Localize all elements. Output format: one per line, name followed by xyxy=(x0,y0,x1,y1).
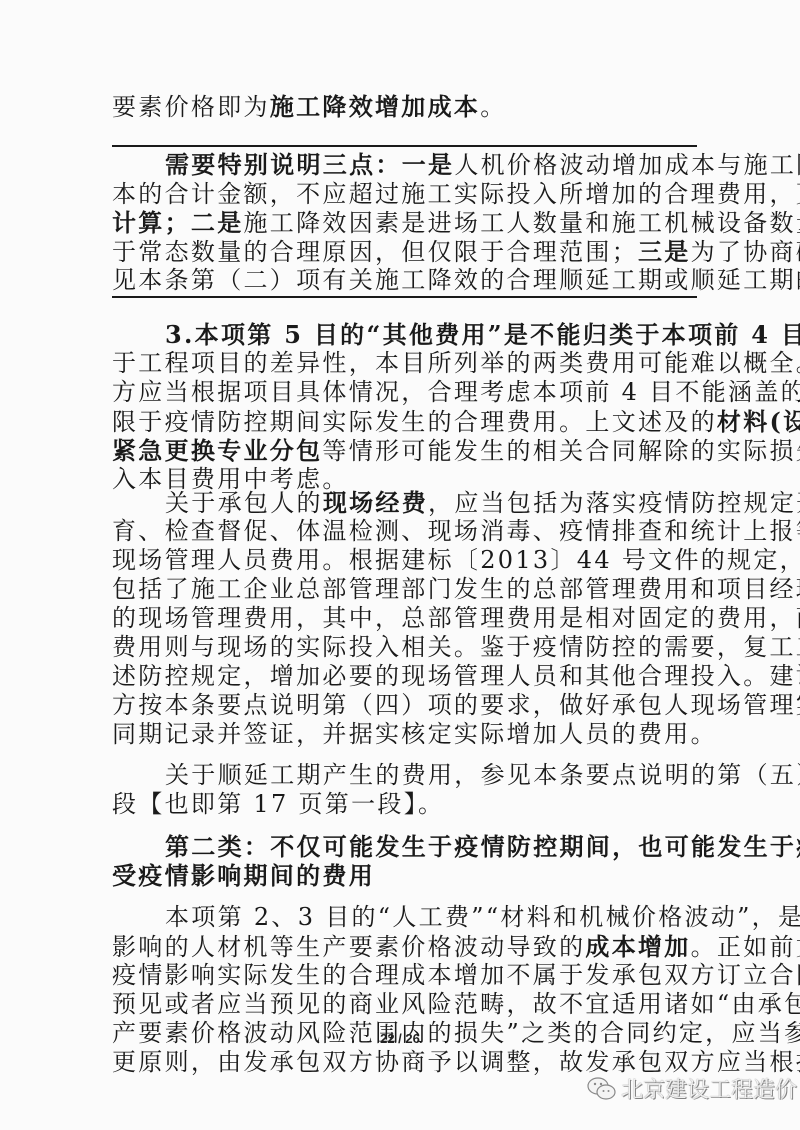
paragraph-line: 方按本条要点说明第（四）项的要求，做好承包人现场管理实际投入的 xyxy=(112,691,696,720)
paragraph-line: 本的合计金额，不应超过施工实际投入所增加的合理费用，更不应重复 xyxy=(112,179,696,208)
watermark-text: 北京建设工程造价 xyxy=(621,1073,797,1104)
text: 影响的人材机等生产要素价格波动导致的 xyxy=(112,933,585,961)
bold-text: 需要特别说明三点：一是 xyxy=(165,150,454,179)
wechat-icon xyxy=(587,1076,617,1102)
text: 等情形可能发生的相关合同解除的实际损失，也可归 xyxy=(322,437,800,465)
bold-text: 3.本项第 5 目的“其他费用”是不能归类于本项前 4 目的费用。 xyxy=(165,320,800,349)
paragraph-line: 育、检查督促、体温检测、现场消毒、疫情排查和统计上报等需增加 xyxy=(112,517,696,546)
text: 限于疫情防控期间实际发生的合理费用。上文述及的 xyxy=(112,408,717,436)
text: ，应当包括为落实疫情防控规定开展宣传教 xyxy=(428,489,800,517)
heading-line: 第二类：不仅可能发生于疫情防控期间，也可能发生于疫情解除后 xyxy=(112,832,696,861)
paragraph-line: 预见或者应当预见的商业风险范畴，故不宜适用诸如“由承包人承担生 xyxy=(112,990,696,1019)
text: 。正如前文所述，受 xyxy=(691,933,800,961)
paragraph-line: 于常态数量的合理原因，但仅限于合理范围；三是为了协商确定指导意 xyxy=(112,237,696,266)
text: 人机价格波动增加成本与施工降效增加成 xyxy=(454,151,800,179)
bold-text: 成本增加 xyxy=(585,932,690,961)
paragraph-line: 于工程项目的差异性，本目所列举的两类费用可能难以概全。发承包双 xyxy=(112,349,696,378)
paragraph-line: 的现场管理费用，其中，总部管理费用是相对固定的费用，而现场管理 xyxy=(112,604,696,633)
paragraph-line: 关于顺延工期产生的费用，参见本条要点说明的第（五）项最后一 xyxy=(112,761,696,790)
paragraph-line: 费用则与现场的实际投入相关。鉴于疫情防控的需要，复工工程需按上 xyxy=(112,633,696,662)
paragraph-line: 要素价格即为施工降效增加成本。 xyxy=(112,92,696,121)
text: 于常态数量的合理原因，但仅限于合理范围； xyxy=(112,238,638,266)
text: 施工降效因素是进场工人数量和施工机械设备数量可能有别 xyxy=(244,209,800,237)
bold-text: 现场经费 xyxy=(323,488,428,517)
bold-text: 施工降效增加成本 xyxy=(270,92,480,121)
heading-line: 受疫情影响期间的费用 xyxy=(112,861,696,890)
text: 本的合计金额，不应超过施工实际投入所增加的合理费用，更 xyxy=(112,180,800,208)
paragraph-line: 段【也即第 17 页第一段】。 xyxy=(112,790,696,819)
text: 为了协商确定指导意 xyxy=(691,238,800,266)
bold-text: 材料(设备)代换、 xyxy=(717,407,800,436)
note-box-top-rule xyxy=(112,145,697,147)
bold-text: 计算；二是 xyxy=(112,208,244,237)
paragraph-line: 限于疫情防控期间实际发生的合理费用。上文述及的材料(设备)代换、 xyxy=(112,407,696,436)
bold-text: 紧急更换专业分包 xyxy=(112,436,322,465)
paragraph-line: 方应当根据项目具体情况，合理考虑本项前 4 目不能涵盖的费用，但仅 xyxy=(112,378,696,407)
paragraph-line: 述防控规定，增加必要的现场管理人员和其他合理投入。建议发承包双 xyxy=(112,662,696,691)
paragraph-line: 见本条第（二）项有关施工降效的合理顺延工期或顺延工期的原则，发 xyxy=(112,266,696,295)
paragraph-line: 疫情影响实际发生的合理成本增加不属于发承包双方订立合同时能够 xyxy=(112,961,696,990)
paragraph-line: 现场管理人员费用。根据建标〔2013〕44 号文件的规定，企业管理费 xyxy=(112,546,696,575)
bold-text: 三是 xyxy=(638,237,691,266)
note-box-bottom-rule xyxy=(112,296,697,298)
paragraph-line: 需要特别说明三点：一是人机价格波动增加成本与施工降效增加成 xyxy=(112,150,696,179)
paragraph-line: 本项第 2、3 目的“人工费”“材料和机械价格波动”，是指受疫情 xyxy=(112,903,696,932)
page-indicator: 22 / 26 xyxy=(0,1031,800,1046)
text: 关于承包人的 xyxy=(165,489,323,517)
text: 要素价格即为 xyxy=(112,93,270,121)
paragraph-line: 3.本项第 5 目的“其他费用”是不能归类于本项前 4 目的费用。鉴 xyxy=(112,320,696,349)
paragraph-line: 影响的人材机等生产要素价格波动导致的成本增加。正如前文所述，受 xyxy=(112,932,696,961)
text: 。 xyxy=(480,93,506,121)
watermark: 北京建设工程造价 xyxy=(587,1073,797,1104)
paragraph-line: 同期记录并签证，并据实核定实际增加人员的费用。 xyxy=(112,720,696,749)
paragraph-line: 计算；二是施工降效因素是进场工人数量和施工机械设备数量可能有别 xyxy=(112,208,696,237)
paragraph-line: 包括了施工企业总部管理部门发生的总部管理费用和项目经理部发生 xyxy=(112,575,696,604)
paragraph-line: 关于承包人的现场经费，应当包括为落实疫情防控规定开展宣传教 xyxy=(112,488,696,517)
paragraph-line: 紧急更换专业分包等情形可能发生的相关合同解除的实际损失，也可归 xyxy=(112,436,696,465)
